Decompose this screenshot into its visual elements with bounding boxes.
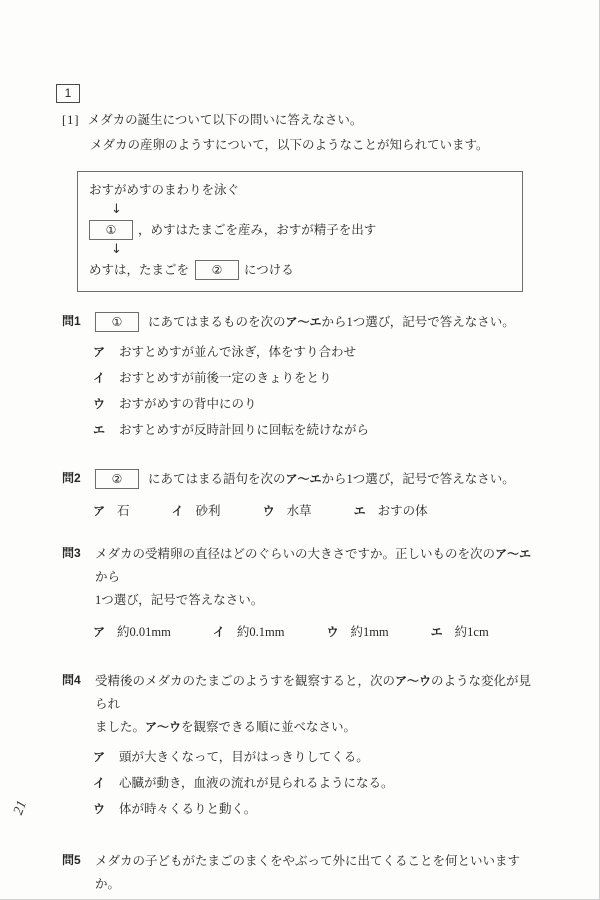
q1-range: ア～エ	[286, 315, 322, 329]
q3-range: ア～エ	[495, 547, 531, 561]
option-text: 約0.01mm	[117, 625, 171, 639]
option-marker: ウ	[263, 504, 275, 518]
option-marker: イ	[172, 504, 184, 518]
question-label: 問2	[62, 468, 95, 488]
option-item: エおすの体	[354, 503, 428, 519]
option-row: イおすとめすが前後一定のきょりをとり	[93, 370, 540, 386]
option-marker: エ	[354, 504, 366, 518]
option-marker: ウ	[93, 396, 119, 412]
question-label: 問3	[62, 543, 95, 563]
option-row: エおすとめすが反時計回りに回転を続けながら	[93, 422, 540, 438]
question-label: 問5	[62, 850, 95, 870]
flow-step-2-text: ，めすはたまごを産み，おすが精子を出す	[138, 223, 376, 237]
option-marker: イ	[93, 775, 119, 791]
option-text: 体が時々くるりと動く。	[119, 801, 256, 817]
option-text: おすとめすが前後一定のきょりをとり	[119, 370, 332, 386]
q4-range: ア～ウ	[395, 674, 431, 688]
page-number: 21	[11, 799, 31, 818]
q4-pre: 受精後のメダカのたまごのようすを観察すると，次の	[95, 674, 395, 688]
circled-1: ①	[112, 315, 123, 329]
question-1: 問1 ①にあてはまるものを次のア～エから1つ選び，記号で答えなさい。	[62, 311, 540, 334]
option-text: おすとめすが並んで泳ぎ，体をすり合わせ	[119, 344, 356, 360]
q4-line-2: ました。ア～ウを観察できる順に並べなさい。	[95, 716, 540, 739]
circled-2: ②	[112, 472, 123, 486]
option-text: 約0.1mm	[237, 625, 285, 639]
question-text: メダカの受精卵の直径はどのぐらいの大きさですか。正しいものを次のア～エから 1つ…	[95, 543, 540, 612]
option-text: 約1mm	[350, 625, 388, 639]
q1-pre: にあてはまるものを次の	[148, 315, 286, 329]
blank-box-ref-1: ①	[95, 312, 139, 332]
question-3-options: ア約0.01mm イ約0.1mm ウ約1mm エ約1cm	[93, 624, 540, 640]
question-4-options: ア頭が大きくなって，目がはっきりしてくる。 イ心臓が動き，血液の流れが見られるよ…	[93, 749, 540, 817]
option-text: 約1cm	[455, 625, 489, 639]
problem-heading: [1]メダカの誕生について以下の問いに答えなさい。	[62, 111, 540, 129]
section-number-box: 1	[56, 84, 80, 103]
q3-line-2: 1つ選び，記号で答えなさい。	[95, 589, 540, 612]
lead-text: メダカの産卵のようすについて，以下のようなことが知られています。	[90, 136, 540, 154]
flow-step-3: めすは，たまごを②につける	[89, 260, 511, 280]
q2-pre: にあてはまる語句を次の	[148, 472, 286, 486]
question-3: 問3 メダカの受精卵の直径はどのぐらいの大きさですか。正しいものを次のア～エから…	[62, 543, 540, 612]
blank-box-2: ②	[195, 260, 239, 280]
option-text: 心臓が動き，血液の流れが見られるようになる。	[119, 775, 394, 791]
q3-post: から	[95, 570, 120, 584]
exam-page: 1 [1]メダカの誕生について以下の問いに答えなさい。 メダカの産卵のようすにつ…	[0, 0, 600, 900]
flow-step-3-pre: めすは，たまごを	[89, 263, 189, 277]
q3-line-1: メダカの受精卵の直径はどのぐらいの大きさですか。正しいものを次のア～エから	[95, 543, 540, 589]
option-text: 砂利	[196, 504, 221, 518]
option-marker: エ	[431, 625, 443, 639]
q4-line2-post: を観察できる順に並べなさい。	[181, 720, 356, 734]
question-text: メダカの子どもがたまごのまくをやぶって外に出てくることを何といいますか。	[95, 850, 540, 896]
question-4: 問4 受精後のメダカのたまごのようすを観察すると，次のア～ウのような変化が見られ…	[62, 670, 540, 739]
option-marker: イ	[93, 370, 119, 386]
option-row: ア頭が大きくなって，目がはっきりしてくる。	[93, 749, 540, 765]
option-item: ア約0.01mm	[93, 624, 171, 640]
option-text: おすの体	[378, 504, 428, 518]
question-1-options: アおすとめすが並んで泳ぎ，体をすり合わせ イおすとめすが前後一定のきょりをとり …	[93, 344, 540, 438]
option-marker: イ	[213, 625, 225, 639]
question-1-block: 問1 ①にあてはまるものを次のア～エから1つ選び，記号で答えなさい。 アおすとめ…	[62, 311, 540, 438]
circled-1: ①	[106, 223, 117, 237]
question-text: ①にあてはまるものを次のア～エから1つ選び，記号で答えなさい。	[95, 311, 540, 334]
question-label: 問4	[62, 670, 95, 690]
question-label: 問1	[62, 311, 95, 331]
option-marker: ウ	[93, 801, 119, 817]
option-marker: ア	[93, 504, 105, 518]
option-marker: エ	[93, 422, 119, 438]
q4-line-1: 受精後のメダカのたまごのようすを観察すると，次のア～ウのような変化が見られ	[95, 670, 540, 716]
option-marker: ア	[93, 749, 119, 765]
question-text: 受精後のメダカのたまごのようすを観察すると，次のア～ウのような変化が見られ まし…	[95, 670, 540, 739]
question-3-block: 問3 メダカの受精卵の直径はどのぐらいの大きさですか。正しいものを次のア～エから…	[62, 543, 540, 640]
q2-post: から1つ選び，記号で答えなさい。	[322, 472, 515, 486]
option-row: ウおすがめすの背中にのり	[93, 396, 540, 412]
down-arrow-icon: ↓	[111, 243, 511, 257]
option-text: 水草	[287, 504, 312, 518]
question-text: ②にあてはまる語句を次のア～エから1つ選び，記号で答えなさい。	[95, 468, 540, 491]
circled-2: ②	[212, 263, 223, 277]
question-2: 問2 ②にあてはまる語句を次のア～エから1つ選び，記号で答えなさい。	[62, 468, 540, 491]
question-4-block: 問4 受精後のメダカのたまごのようすを観察すると，次のア～ウのような変化が見られ…	[62, 670, 540, 817]
blank-box-ref-2: ②	[95, 469, 139, 489]
q4-line2-range: ア～ウ	[145, 720, 181, 734]
problem-text: メダカの誕生について以下の問いに答えなさい。	[88, 113, 363, 127]
question-2-options: ア石 イ砂利 ウ水草 エおすの体	[93, 503, 540, 519]
option-item: イ砂利	[172, 503, 221, 519]
option-item: エ約1cm	[431, 624, 489, 640]
option-marker: ア	[93, 344, 119, 360]
option-row: ウ体が時々くるりと動く。	[93, 801, 540, 817]
flow-step-3-post: につける	[244, 263, 294, 277]
option-text: 頭が大きくなって，目がはっきりしてくる。	[119, 749, 369, 765]
option-marker: ア	[93, 625, 105, 639]
down-arrow-icon: ↓	[111, 203, 511, 217]
option-row: イ心臓が動き，血液の流れが見られるようになる。	[93, 775, 540, 791]
page-content: 1 [1]メダカの誕生について以下の問いに答えなさい。 メダカの産卵のようすにつ…	[62, 84, 540, 896]
q2-range: ア～エ	[286, 472, 322, 486]
question-5: 問5 メダカの子どもがたまごのまくをやぶって外に出てくることを何といいますか。	[62, 850, 540, 896]
blank-box-1: ①	[89, 220, 133, 240]
option-text: 石	[117, 504, 130, 518]
flow-step-2: ①，めすはたまごを産み，おすが精子を出す	[89, 220, 511, 240]
flow-step-1: おすがめすのまわりを泳ぐ	[89, 180, 511, 200]
q1-post: から1つ選び，記号で答えなさい。	[322, 315, 515, 329]
spawning-flow-box: おすがめすのまわりを泳ぐ ↓ ①，めすはたまごを産み，おすが精子を出す ↓ めす…	[77, 171, 523, 292]
option-item: ア石	[93, 503, 130, 519]
option-item: イ約0.1mm	[213, 624, 285, 640]
option-text: おすがめすの背中にのり	[119, 396, 257, 412]
q4-line2-pre: ました。	[95, 720, 145, 734]
option-item: ウ約1mm	[326, 624, 388, 640]
question-2-block: 問2 ②にあてはまる語句を次のア～エから1つ選び，記号で答えなさい。 ア石 イ砂…	[62, 468, 540, 519]
option-marker: ウ	[326, 625, 338, 639]
problem-label: [1]	[62, 113, 80, 127]
q3-pre: メダカの受精卵の直径はどのぐらいの大きさですか。正しいものを次の	[95, 547, 495, 561]
option-item: ウ水草	[263, 503, 312, 519]
option-row: アおすとめすが並んで泳ぎ，体をすり合わせ	[93, 344, 540, 360]
option-text: おすとめすが反時計回りに回転を続けながら	[119, 422, 369, 438]
